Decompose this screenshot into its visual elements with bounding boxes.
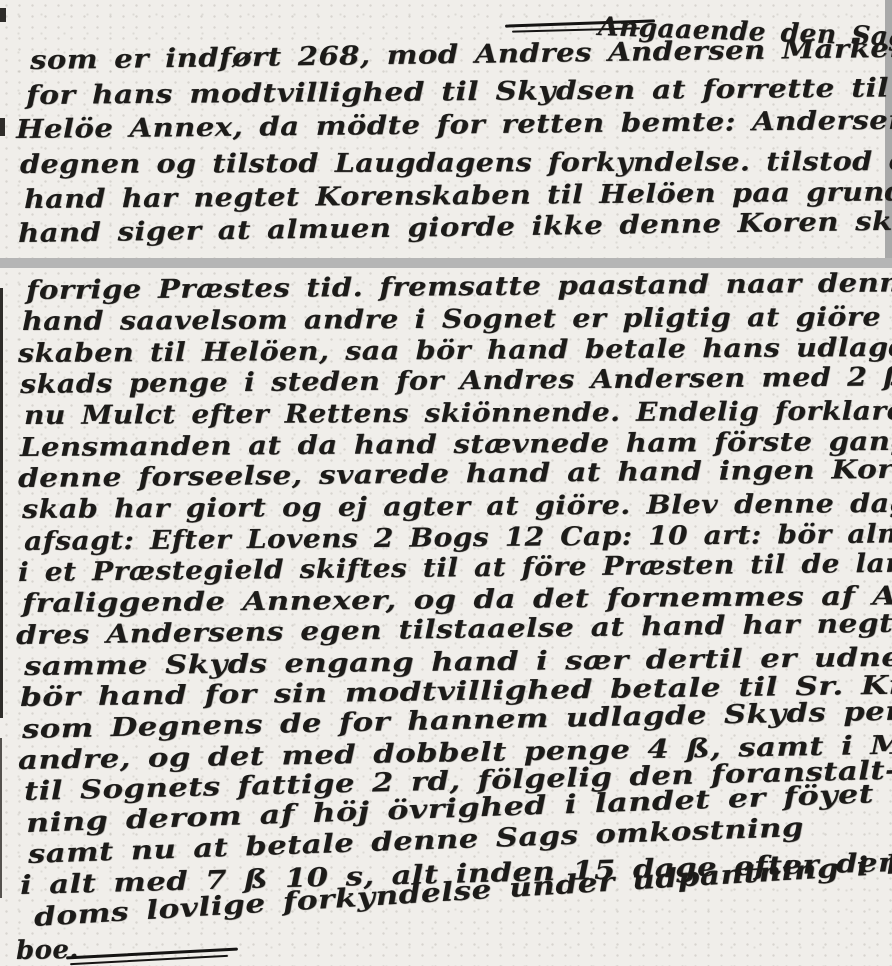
manuscript-line: forrige Præstes tid. fremsatte paastand … <box>26 267 892 306</box>
scan-edge-left <box>0 288 3 718</box>
scan-edge-mark <box>0 8 6 22</box>
fragment-bottom: forrige Præstes tid. fremsatte paastand … <box>0 268 892 966</box>
manuscript-line: for hans modtvillighed til Skydsen at fo… <box>26 73 889 111</box>
scan-edge-left <box>0 738 2 898</box>
scan-gap-divider <box>0 258 892 268</box>
manuscript-line: degnen og tilstod Laugdagens forkyndelse… <box>20 147 892 180</box>
manuscript-page: Angaaende den Sag som er indført 268, mo… <box>0 0 892 966</box>
manuscript-line: som er indført 268, mod Andres Andersen … <box>30 33 892 76</box>
manuscript-line: boe. <box>16 935 79 966</box>
manuscript-line: nu Mulct efter Rettens skiönnende. Endel… <box>24 396 892 431</box>
fragment-top: Angaaende den Sag som er indført 268, mo… <box>0 0 892 258</box>
scan-edge-mark <box>0 118 5 136</box>
manuscript-line: hand saavelsom andre i Sognet er pligtig… <box>22 302 892 337</box>
manuscript-line: Helöe Annex, da mödte for retten bemte: … <box>16 105 892 145</box>
